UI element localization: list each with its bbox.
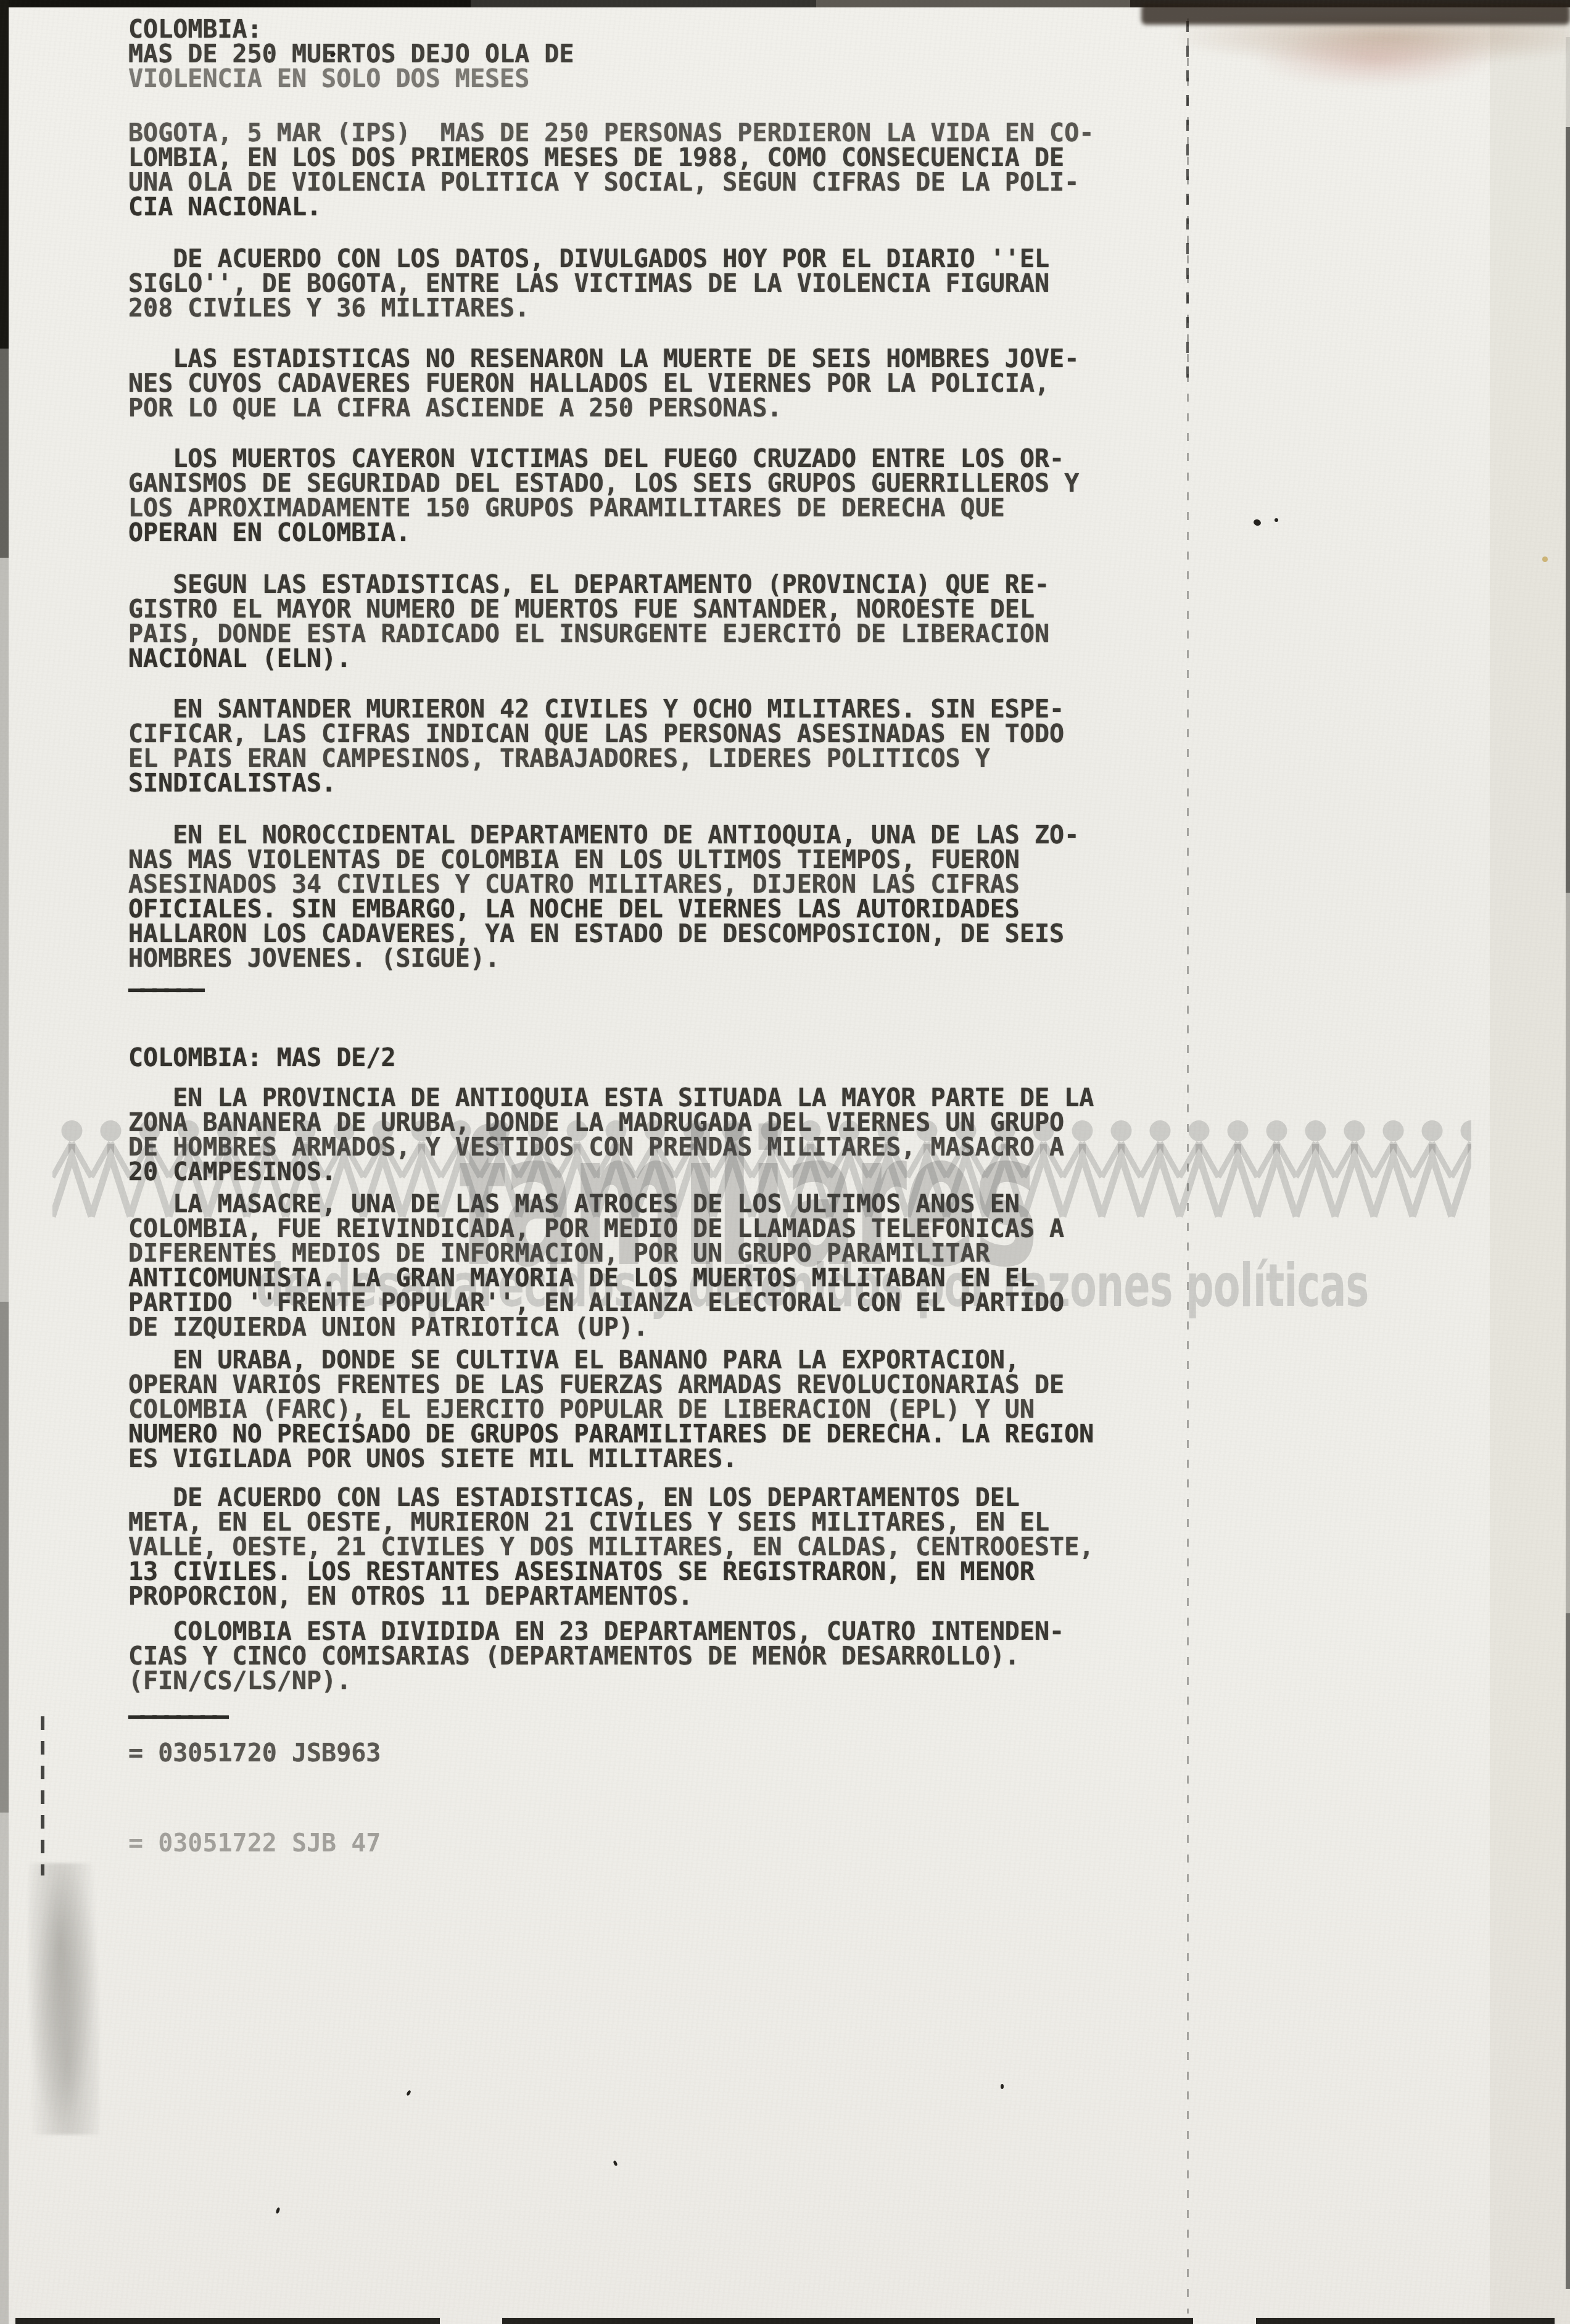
typed-line: EN SANTANDER MURIERON 42 CIVILES Y OCHO …	[128, 697, 1064, 722]
typed-line: DE ACUERDO CON LOS DATOS, DIVULGADOS HOY…	[128, 247, 1049, 271]
typed-document: COLOMBIA:MAS DE 250 MUERTOS DEJO OLA DEV…	[0, 0, 1570, 2324]
paragraph-estadisticas: LAS ESTADISTICAS NO RESENARON LA MUERTE …	[128, 347, 1079, 421]
typed-line: BOGOTA, 5 MAR (IPS) MAS DE 250 PERSONAS …	[128, 121, 1094, 146]
typed-divider: ————————	[128, 1704, 225, 1729]
paragraph-antioquia: EN EL NOROCCIDENTAL DEPARTAMENTO DE ANTI…	[128, 823, 1079, 971]
typed-line: COLOMBIA ESTA DIVIDIDA EN 23 DEPARTAMENT…	[128, 1619, 1064, 1644]
paragraph-santander: SEGUN LAS ESTADISTICAS, EL DEPARTAMENTO …	[128, 573, 1049, 671]
typed-line: OPERAN EN COLOMBIA.	[128, 521, 1079, 545]
typed-line: META, EN EL OESTE, MURIERON 21 CIVILES Y…	[128, 1510, 1094, 1535]
paragraph-departamentos: DE ACUERDO CON LAS ESTADISTICAS, EN LOS …	[128, 1486, 1094, 1609]
typed-line: EN URABA, DONDE SE CULTIVA EL BANANO PAR…	[128, 1348, 1094, 1373]
typed-line: NES CUYOS CADAVERES FUERON HALLADOS EL V…	[128, 371, 1079, 396]
typed-line: ES VIGILADA POR UNOS SIETE MIL MILITARES…	[128, 1447, 1094, 1471]
typed-line: 20 CAMPESINOS.	[128, 1160, 1094, 1185]
typed-line: NACIONAL (ELN).	[128, 647, 1049, 671]
typed-line: CIFICAR, LAS CIFRAS INDICAN QUE LAS PERS…	[128, 722, 1064, 746]
transmission-code-1: = 03051720 JSB963	[128, 1741, 381, 1766]
typed-line: VALLE, OESTE, 21 CIVILES Y DOS MILITARES…	[128, 1535, 1094, 1560]
paragraph-uraba: EN URABA, DONDE SE CULTIVA EL BANANO PAR…	[128, 1348, 1094, 1471]
typed-line: OPERAN VARIOS FRENTES DE LAS FUERZAS ARM…	[128, 1373, 1094, 1397]
paragraph-victimas: EN SANTANDER MURIERON 42 CIVILES Y OCHO …	[128, 697, 1064, 796]
typed-line: MAS DE 250 MUERTOS DEJO OLA DE	[128, 42, 574, 67]
typed-line: CIA NACIONAL.	[128, 195, 1094, 220]
paragraph-cierre: COLOMBIA ESTA DIVIDIDA EN 23 DEPARTAMENT…	[128, 1619, 1064, 1693]
typed-line: DE ACUERDO CON LAS ESTADISTICAS, EN LOS …	[128, 1486, 1094, 1510]
typed-line: SEGUN LAS ESTADISTICAS, EL DEPARTAMENTO …	[128, 573, 1049, 597]
typed-line: EN EL NOROCCIDENTAL DEPARTAMENTO DE ANTI…	[128, 823, 1079, 848]
typed-line: ANTICOMUNISTA. LA GRAN MAYORIA DE LOS MU…	[128, 1266, 1064, 1291]
typed-line: EN LA PROVINCIA DE ANTIOQUIA ESTA SITUAD…	[128, 1086, 1094, 1110]
typed-line: NUMERO NO PRECISADO DE GRUPOS PARAMILITA…	[128, 1422, 1094, 1447]
typed-line: UNA OLA DE VIOLENCIA POLITICA Y SOCIAL, …	[128, 170, 1094, 195]
typed-line: PAIS, DONDE ESTA RADICADO EL INSURGENTE …	[128, 622, 1049, 647]
transmission-code-2: = 03051722 SJB 47	[128, 1831, 381, 1856]
paragraph-el-siglo: DE ACUERDO CON LOS DATOS, DIVULGADOS HOY…	[128, 247, 1049, 321]
typed-line: LOMBIA, EN LOS DOS PRIMEROS MESES DE 198…	[128, 146, 1094, 170]
typed-line: COLOMBIA (FARC), EL EJERCITO POPULAR DE …	[128, 1397, 1094, 1422]
typed-line: HOMBRES JOVENES. (SIGUE).	[128, 946, 1079, 971]
typed-line: OFICIALES. SIN EMBARGO, LA NOCHE DEL VIE…	[128, 897, 1079, 922]
paragraph-zona-bananera: EN LA PROVINCIA DE ANTIOQUIA ESTA SITUAD…	[128, 1086, 1094, 1185]
typed-line: POR LO QUE LA CIFRA ASCIENDE A 250 PERSO…	[128, 396, 1079, 421]
typed-line: HALLARON LOS CADAVERES, YA EN ESTADO DE …	[128, 922, 1079, 946]
typed-line: DE HOMBRES ARMADOS, Y VESTIDOS CON PREND…	[128, 1135, 1094, 1160]
typed-line: CIAS Y CINCO COMISARIAS (DEPARTAMENTOS D…	[128, 1644, 1064, 1669]
typed-line: ASESINADOS 34 CIVILES Y CUATRO MILITARES…	[128, 872, 1079, 897]
typed-line: PARTIDO ''FRENTE POPULAR'', EN ALIANZA E…	[128, 1291, 1064, 1315]
typed-line: LAS ESTADISTICAS NO RESENARON LA MUERTE …	[128, 347, 1079, 371]
typed-line: VIOLENCIA EN SOLO DOS MESES	[128, 67, 574, 91]
typed-line: GANISMOS DE SEGURIDAD DEL ESTADO, LOS SE…	[128, 471, 1079, 496]
typed-line: ZONA BANANERA DE URUBA, DONDE LA MADRUGA…	[128, 1110, 1094, 1135]
typed-line: SINDICALISTAS.	[128, 771, 1064, 796]
paragraph-fuego-cruzado: LOS MUERTOS CAYERON VICTIMAS DEL FUEGO C…	[128, 447, 1079, 545]
typed-line: NAS MAS VIOLENTAS DE COLOMBIA EN LOS ULT…	[128, 848, 1079, 872]
typed-line: LOS MUERTOS CAYERON VICTIMAS DEL FUEGO C…	[128, 447, 1079, 471]
continuation-slug: COLOMBIA: MAS DE/2	[128, 1046, 395, 1070]
typed-line: SIGLO'', DE BOGOTA, ENTRE LAS VICTIMAS D…	[128, 271, 1049, 296]
typed-line: GISTRO EL MAYOR NUMERO DE MUERTOS FUE SA…	[128, 597, 1049, 622]
typed-line: 208 CIVILES Y 36 MILITARES.	[128, 296, 1049, 321]
paragraph-masacre: LA MASACRE, UNA DE LAS MAS ATROCES DE LO…	[128, 1192, 1064, 1340]
typed-line: DIFERENTES MEDIOS DE INFORMACION, POR UN…	[128, 1241, 1064, 1266]
typed-line: LOS APROXIMADAMENTE 150 GRUPOS PARAMILIT…	[128, 496, 1079, 521]
typed-line: DE IZQUIERDA UNION PATRIOTICA (UP).	[128, 1315, 1064, 1340]
typed-line: 13 CIVILES. LOS RESTANTES ASESINATOS SE …	[128, 1560, 1094, 1584]
headline: COLOMBIA:MAS DE 250 MUERTOS DEJO OLA DEV…	[128, 17, 574, 91]
typed-line: EL PAIS ERAN CAMPESINOS, TRABAJADORES, L…	[128, 746, 1064, 771]
typed-line: COLOMBIA:	[128, 17, 574, 42]
typed-line: PROPORCION, EN OTROS 11 DEPARTAMENTOS.	[128, 1584, 1094, 1609]
typed-line: LA MASACRE, UNA DE LAS MAS ATROCES DE LO…	[128, 1192, 1064, 1217]
paragraph-lead: BOGOTA, 5 MAR (IPS) MAS DE 250 PERSONAS …	[128, 121, 1094, 220]
typed-line: COLOMBIA, FUE REIVINDICADA, POR MEDIO DE…	[128, 1217, 1064, 1241]
typed-line: (FIN/CS/LS/NP).	[128, 1669, 1064, 1693]
scanned-wire-page: COLOMBIA:MAS DE 250 MUERTOS DEJO OLA DEV…	[0, 0, 1570, 2324]
typed-divider: ——————	[128, 977, 200, 1002]
